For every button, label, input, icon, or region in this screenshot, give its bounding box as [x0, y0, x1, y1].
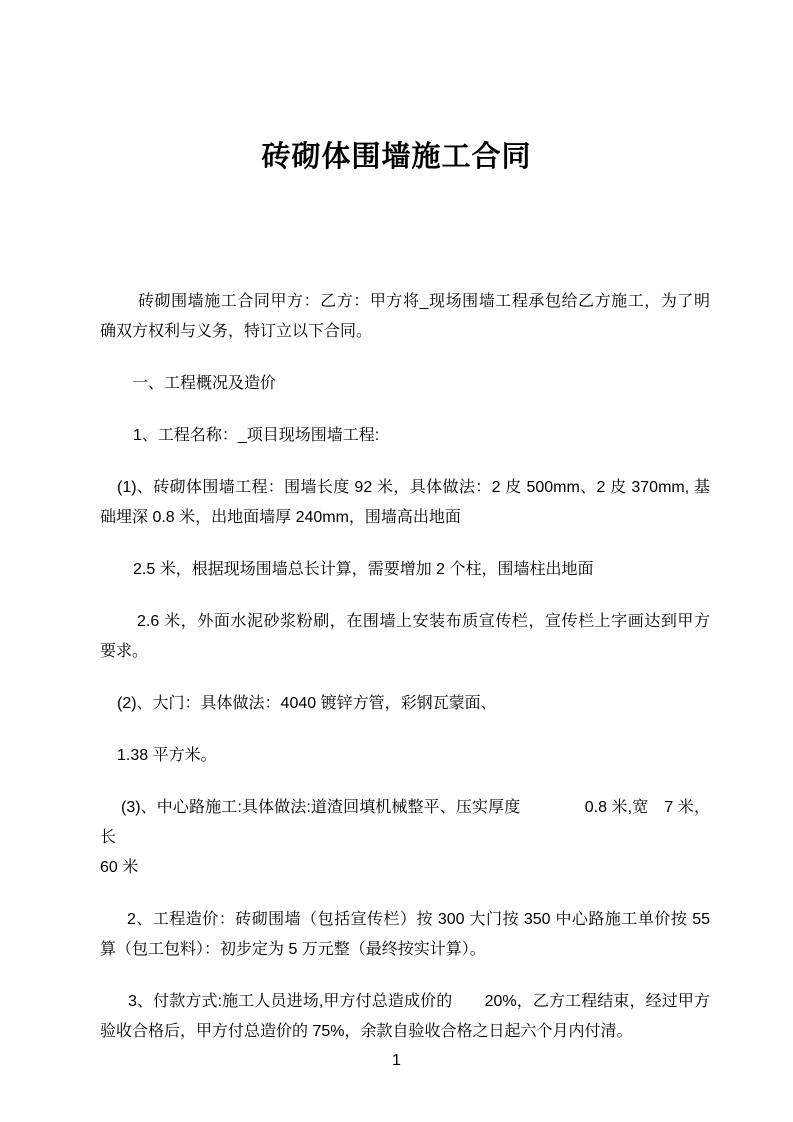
paragraph-line: 一、工程概况及造价 — [100, 369, 710, 399]
paragraph-gate: (2)、大门：具体做法：4040 镀锌方管，彩钢瓦蒙面、 — [100, 689, 710, 719]
page-number: 1 — [0, 1049, 793, 1073]
document-page: 砖砌体围墙施工合同 砖砌围墙施工合同甲方：乙方：甲方将_现场围墙工程承包给乙方施… — [0, 0, 793, 1122]
paragraph-line: 确双方权利与义务，特订立以下合同。 — [100, 317, 710, 347]
paragraph-line: 2.5 米，根据现场围墙总长计算，需要增加 2 个柱，围墙柱出地面 — [100, 555, 710, 585]
paragraph-project-cost: 2、工程造价：砖砌围墙（包括宣传栏）按 300 大门按 350 中心路施工单价按… — [100, 905, 710, 965]
paragraph-gate-area: 1.38 平方米。 — [100, 741, 710, 771]
paragraph-wall-works: (1)、砖砌体围墙工程：围墙长度 92 米，具体做法：2 皮 500mm、2 皮… — [100, 473, 710, 533]
paragraph-line: 算（包工包料）：初步定为 5 万元整（最终按实计算）。 — [100, 935, 710, 965]
paragraph-line: (2)、大门：具体做法：4040 镀锌方管，彩钢瓦蒙面、 — [100, 689, 710, 719]
paragraph-line: 2、工程造价：砖砌围墙（包括宣传栏）按 300 大门按 350 中心路施工单价按… — [100, 905, 710, 935]
paragraph-road-works: (3)、中心路施工:具体做法:道渣回填机械整平、压实厚度 0.8 米,宽 7 米… — [100, 793, 710, 883]
paragraph-column-height: 2.6 米，外面水泥砂浆粉刷，在围墙上安装布质宣传栏，宣传栏上字画达到甲方 要求… — [100, 607, 710, 667]
paragraph-line: (3)、中心路施工:具体做法:道渣回填机械整平、压实厚度 0.8 米,宽 7 米… — [100, 793, 710, 853]
paragraph-line: 1、工程名称：_项目现场围墙工程: — [100, 421, 710, 451]
paragraph-wall-height: 2.5 米，根据现场围墙总长计算，需要增加 2 个柱，围墙柱出地面 — [100, 555, 710, 585]
paragraph-line: 1.38 平方米。 — [100, 741, 710, 771]
paragraph-section-1-heading: 一、工程概况及造价 — [100, 369, 710, 399]
paragraph-line: 砖砌围墙施工合同甲方：乙方：甲方将_现场围墙工程承包给乙方施工，为了明 — [100, 287, 710, 317]
paragraph-line: 要求。 — [100, 637, 710, 667]
paragraph-line: 础埋深 0.8 米，出地面墙厚 240mm，围墙高出地面 — [100, 503, 710, 533]
paragraph-line: 验收合格后，甲方付总造价的 75%，余款自验收合格之日起六个月内付清。 — [100, 1017, 710, 1047]
document-title: 砖砌体围墙施工合同 — [0, 135, 793, 179]
paragraph-line: (1)、砖砌体围墙工程：围墙长度 92 米，具体做法：2 皮 500mm、2 皮… — [100, 473, 710, 503]
paragraph-project-name: 1、工程名称：_项目现场围墙工程: — [100, 421, 710, 451]
paragraph-payment-terms: 3、付款方式:施工人员进场,甲方付总造成价的 20%，乙方工程结束，经过甲方 验… — [100, 987, 710, 1047]
paragraph-line: 3、付款方式:施工人员进场,甲方付总造成价的 20%，乙方工程结束，经过甲方 — [100, 987, 710, 1017]
paragraph-line: 60 米 — [100, 853, 710, 883]
paragraph-line: 2.6 米，外面水泥砂浆粉刷，在围墙上安装布质宣传栏，宣传栏上字画达到甲方 — [100, 607, 710, 637]
document-body: 砖砌围墙施工合同甲方：乙方：甲方将_现场围墙工程承包给乙方施工，为了明 确双方权… — [100, 287, 710, 1069]
paragraph-intro: 砖砌围墙施工合同甲方：乙方：甲方将_现场围墙工程承包给乙方施工，为了明 确双方权… — [100, 287, 710, 347]
